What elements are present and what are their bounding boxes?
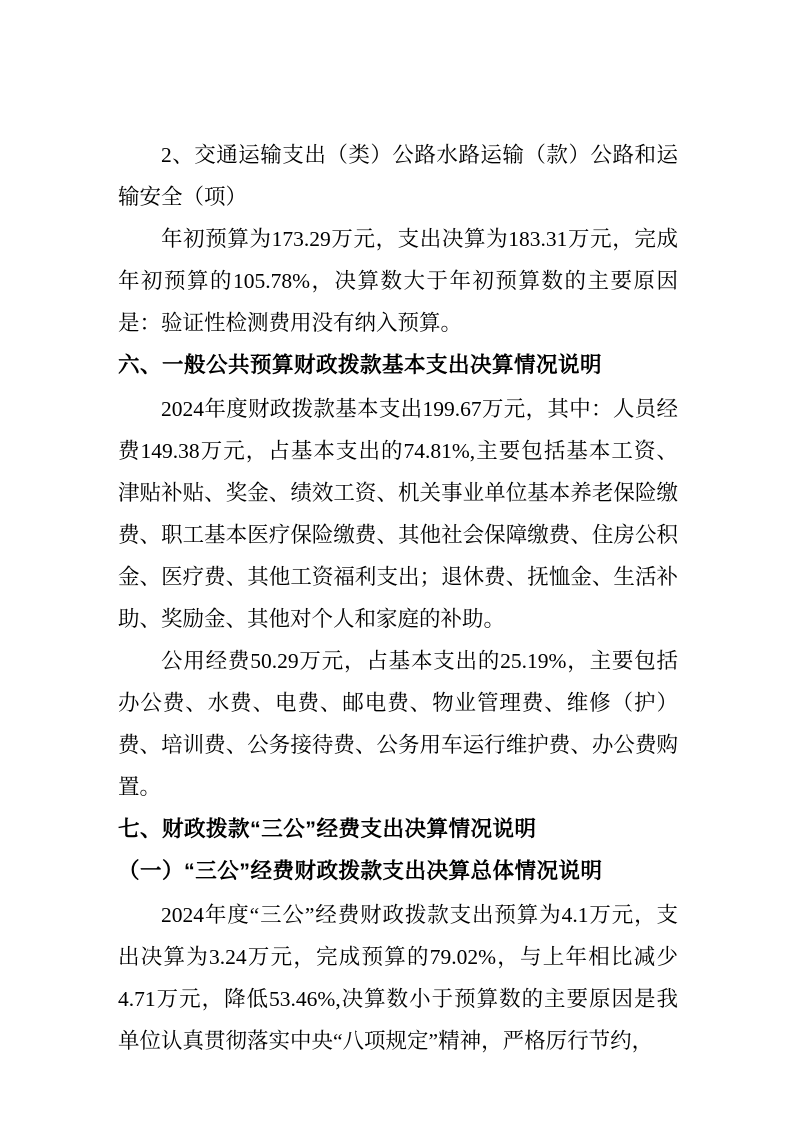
heading-section-6-basic-expenditure: 六、一般公共预算财政拨款基本支出决算情况说明 xyxy=(118,344,678,386)
paragraph-three-public-funds-detail: 2024年度“三公”经费财政拨款支出预算为4.1万元，支出决算为3.24万元，完… xyxy=(118,894,678,1062)
paragraph-public-operating-funds: 公用经费50.29万元，占基本支出的25.19%，主要包括办公费、水费、电费、邮… xyxy=(118,640,678,808)
heading-section-7-1-overall-situation: （一）“三公”经费财政拨款支出决算总体情况说明 xyxy=(118,850,678,892)
paragraph-transport-expenditure-item: 2、交通运输支出（类）公路水路运输（款）公路和运输安全（项） xyxy=(118,134,678,218)
paragraph-transport-budget-explanation: 年初预算为173.29万元，支出决算为183.31万元，完成年初预算的105.7… xyxy=(118,218,678,344)
heading-section-7-three-public-funds: 七、财政拨款“三公”经费支出决算情况说明 xyxy=(118,808,678,850)
document-page: 2、交通运输支出（类）公路水路运输（款）公路和运输安全（项） 年初预算为173.… xyxy=(0,0,793,1122)
paragraph-personnel-funds: 2024年度财政拨款基本支出199.67万元，其中：人员经费149.38万元，占… xyxy=(118,388,678,640)
document-text-block: 2、交通运输支出（类）公路水路运输（款）公路和运输安全（项） 年初预算为173.… xyxy=(118,134,678,1062)
